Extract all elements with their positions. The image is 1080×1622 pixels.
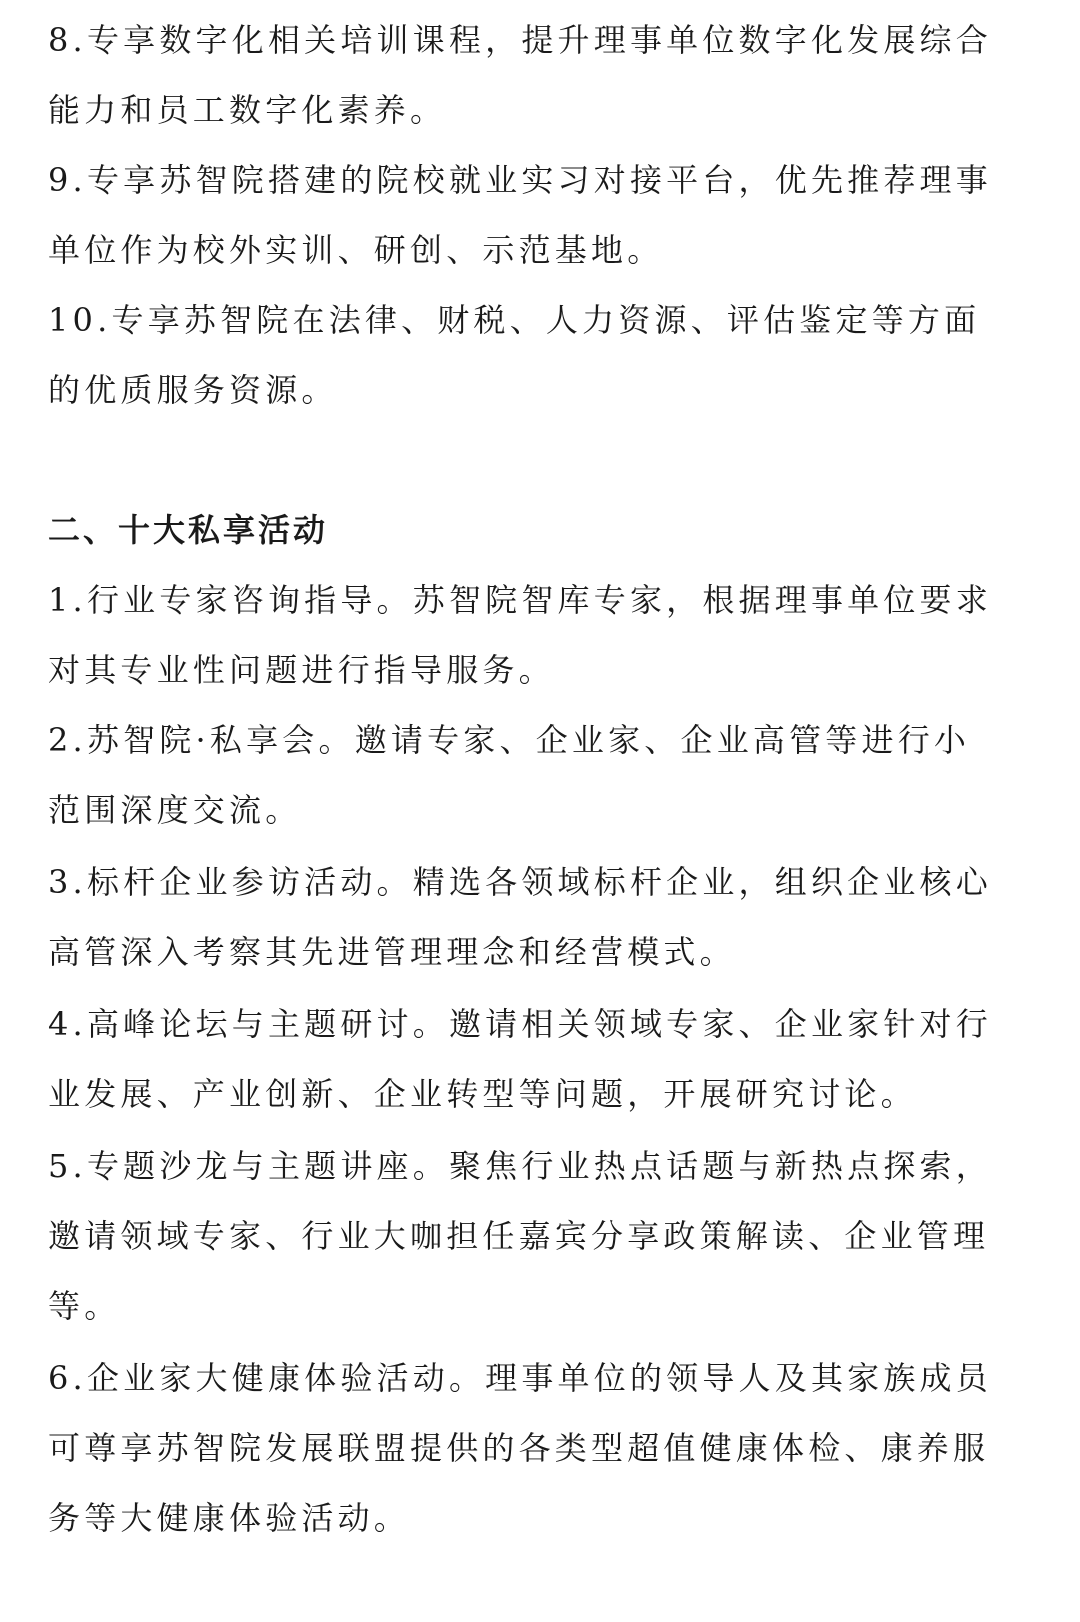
item-9-line-2: 单位作为校外实训、研创、示范基地。 — [48, 230, 663, 270]
activity-1-line-2: 对其专业性问题进行指导服务。 — [48, 650, 555, 690]
activity-6-line-1: 6.企业家大健康体验活动。理事单位的领导人及其家族成员 — [48, 1358, 992, 1398]
item-8-line-2: 能力和员工数字化素养。 — [48, 90, 446, 130]
activity-2-line-1: 2.苏智院·私享会。邀请专家、企业家、企业高管等进行小 — [48, 720, 970, 760]
activity-3-line-1: 3.标杆企业参访活动。精选各领域标杆企业，组织企业核心 — [48, 862, 992, 902]
item-9-line-1: 9.专享苏智院搭建的院校就业实习对接平台，优先推荐理事 — [48, 160, 992, 200]
activity-6-line-2: 可尊享苏智院发展联盟提供的各类型超值健康体检、康养服 — [48, 1428, 989, 1468]
item-8-line-1: 8.专享数字化相关培训课程，提升理事单位数字化发展综合 — [48, 20, 992, 60]
activity-5-line-1: 5.专题沙龙与主题讲座。聚焦行业热点话题与新热点探索， — [48, 1146, 992, 1186]
item-10-line-2: 的优质服务资源。 — [48, 370, 338, 410]
activity-3-line-2: 高管深入考察其先进管理理念和经营模式。 — [48, 932, 736, 972]
activity-1-line-1: 1.行业专家咨询指导。苏智院智库专家，根据理事单位要求 — [48, 580, 992, 620]
activity-2-line-2: 范围深度交流。 — [48, 790, 301, 830]
activity-4-line-2: 业发展、产业创新、企业转型等问题，开展研究讨论。 — [48, 1074, 917, 1114]
activity-5-line-3: 等。 — [48, 1286, 120, 1326]
section-heading: 二、十大私享活动 — [48, 510, 328, 550]
document-page: 8.专享数字化相关培训课程，提升理事单位数字化发展综合 能力和员工数字化素养。 … — [0, 0, 1080, 1622]
activity-4-line-1: 4.高峰论坛与主题研讨。邀请相关领域专家、企业家针对行 — [48, 1004, 992, 1044]
activity-6-line-3: 务等大健康体验活动。 — [48, 1498, 410, 1538]
activity-5-line-2: 邀请领域专家、行业大咖担任嘉宾分享政策解读、企业管理 — [48, 1216, 989, 1256]
item-10-line-1: 10.专享苏智院在法律、财税、人力资源、评估鉴定等方面 — [48, 300, 980, 340]
